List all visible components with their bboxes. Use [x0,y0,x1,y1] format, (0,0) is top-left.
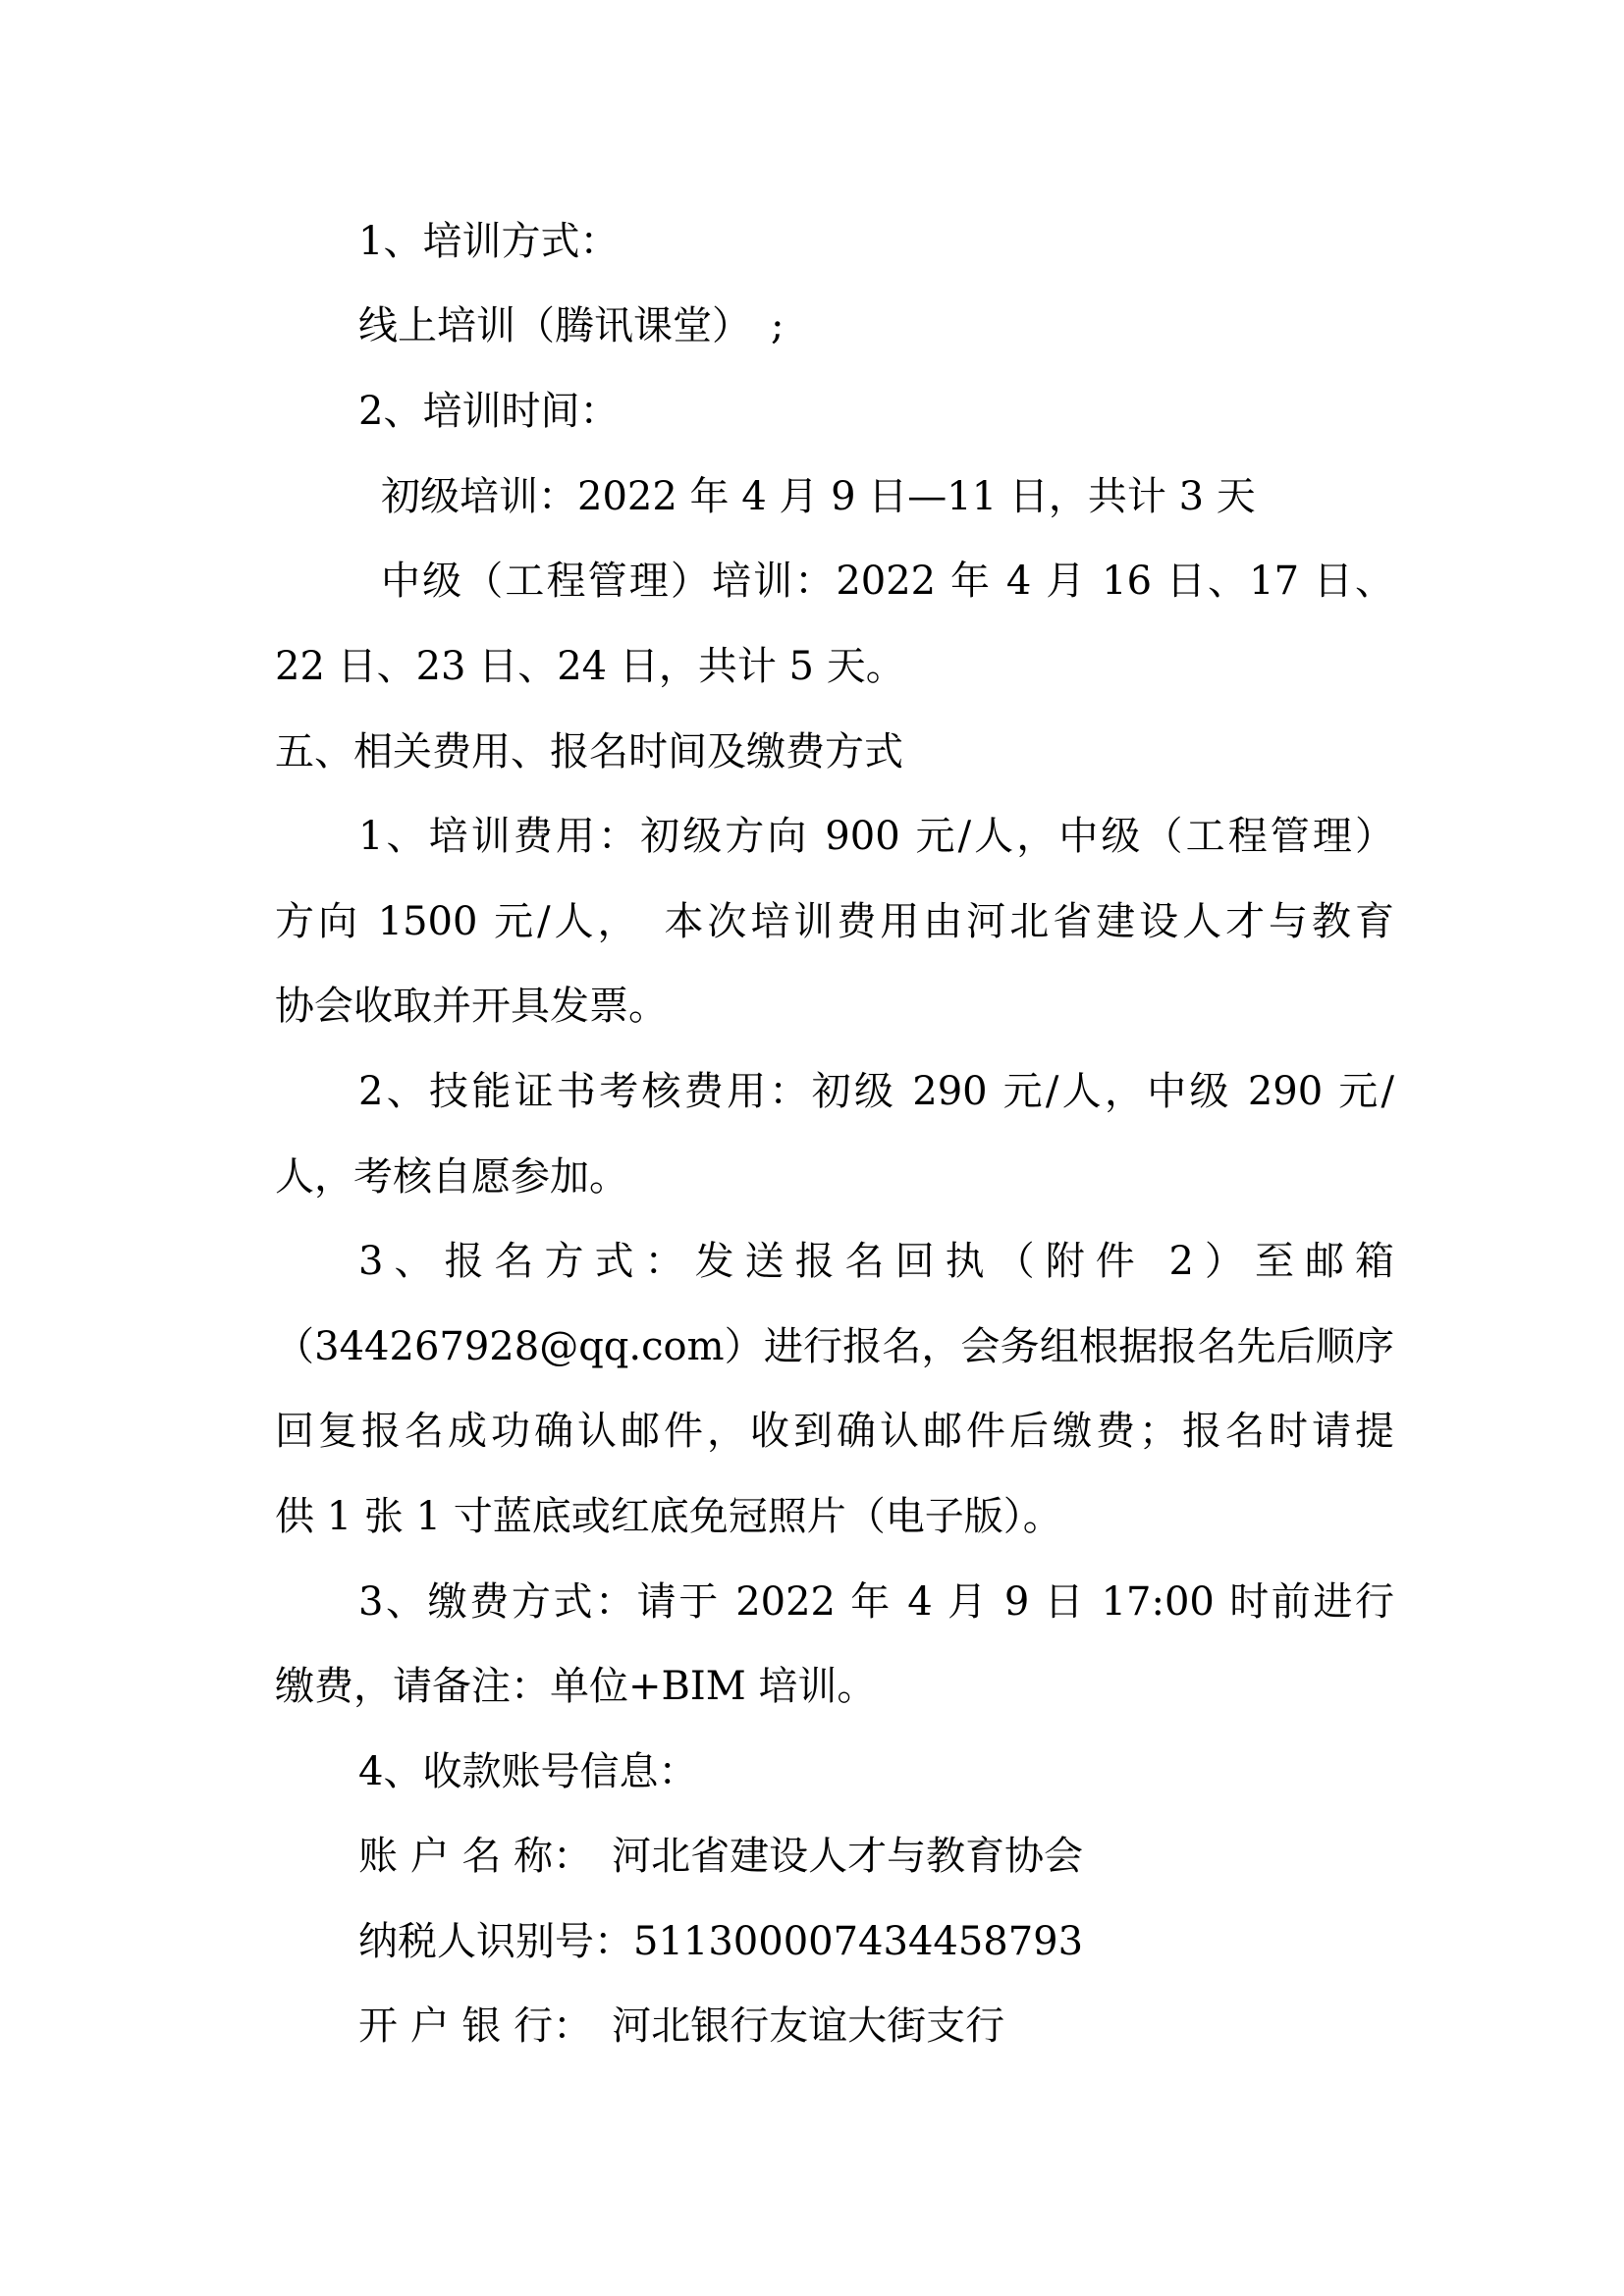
training-method-value: 线上培训（腾讯课堂） ; [358,302,1394,349]
training-fee-line-2: 方向 1500 元/人， 本次培训费用由河北省建设人才与教育 [275,898,1394,945]
training-fee-line-1: 1、培训费用：初级方向 900 元/人，中级（工程管理） [358,813,1394,860]
section-heading-fees: 五、相关费用、报名时间及缴费方式 [275,728,1394,775]
account-info-heading: 4、收款账号信息： [358,1748,1394,1795]
training-time-heading: 2、培训时间： [358,388,1394,435]
registration-line-1: 3、报名方式：发送报名回执（附件 2）至邮箱 [358,1238,1394,1285]
registration-line-3: 回复报名成功确认邮件，收到确认邮件后缴费；报名时请提 [275,1408,1394,1455]
document-page: 1、培训方式： 线上培训（腾讯课堂） ; 2、培训时间： 初级培训：2022 年… [0,0,1624,2296]
cert-fee-line-2: 人，考核自愿参加。 [275,1153,1394,1201]
payment-method-line-2: 缴费，请备注：单位+BIM 培训。 [275,1663,1394,1710]
registration-line-2-email: （344267928@qq.com）进行报名，会务组根据报名先后顺序 [275,1323,1394,1370]
account-name: 账 户 名 称： 河北省建设人才与教育协会 [358,1833,1394,1880]
training-method-heading: 1、培训方式： [358,218,1394,265]
taxpayer-id: 纳税人识别号：511300007434458793 [358,1918,1394,1965]
intermediate-training-time-line-2: 22 日、23 日、24 日，共计 5 天。 [275,643,1394,690]
junior-training-time: 初级培训：2022 年 4 月 9 日—11 日，共计 3 天 [381,473,1394,520]
cert-fee-line-1: 2、技能证书考核费用：初级 290 元/人，中级 290 元/ [358,1068,1394,1115]
payment-method-line-1: 3、缴费方式：请于 2022 年 4 月 9 日 17:00 时前进行 [358,1578,1394,1626]
bank-name: 开 户 银 行： 河北银行友谊大街支行 [358,2002,1394,2050]
intermediate-training-time-line-1: 中级（工程管理）培训：2022 年 4 月 16 日、17 日、 [381,558,1394,605]
training-fee-line-3: 协会收取并开具发票。 [275,983,1394,1030]
registration-line-4: 供 1 张 1 寸蓝底或红底免冠照片（电子版）。 [275,1493,1394,1540]
